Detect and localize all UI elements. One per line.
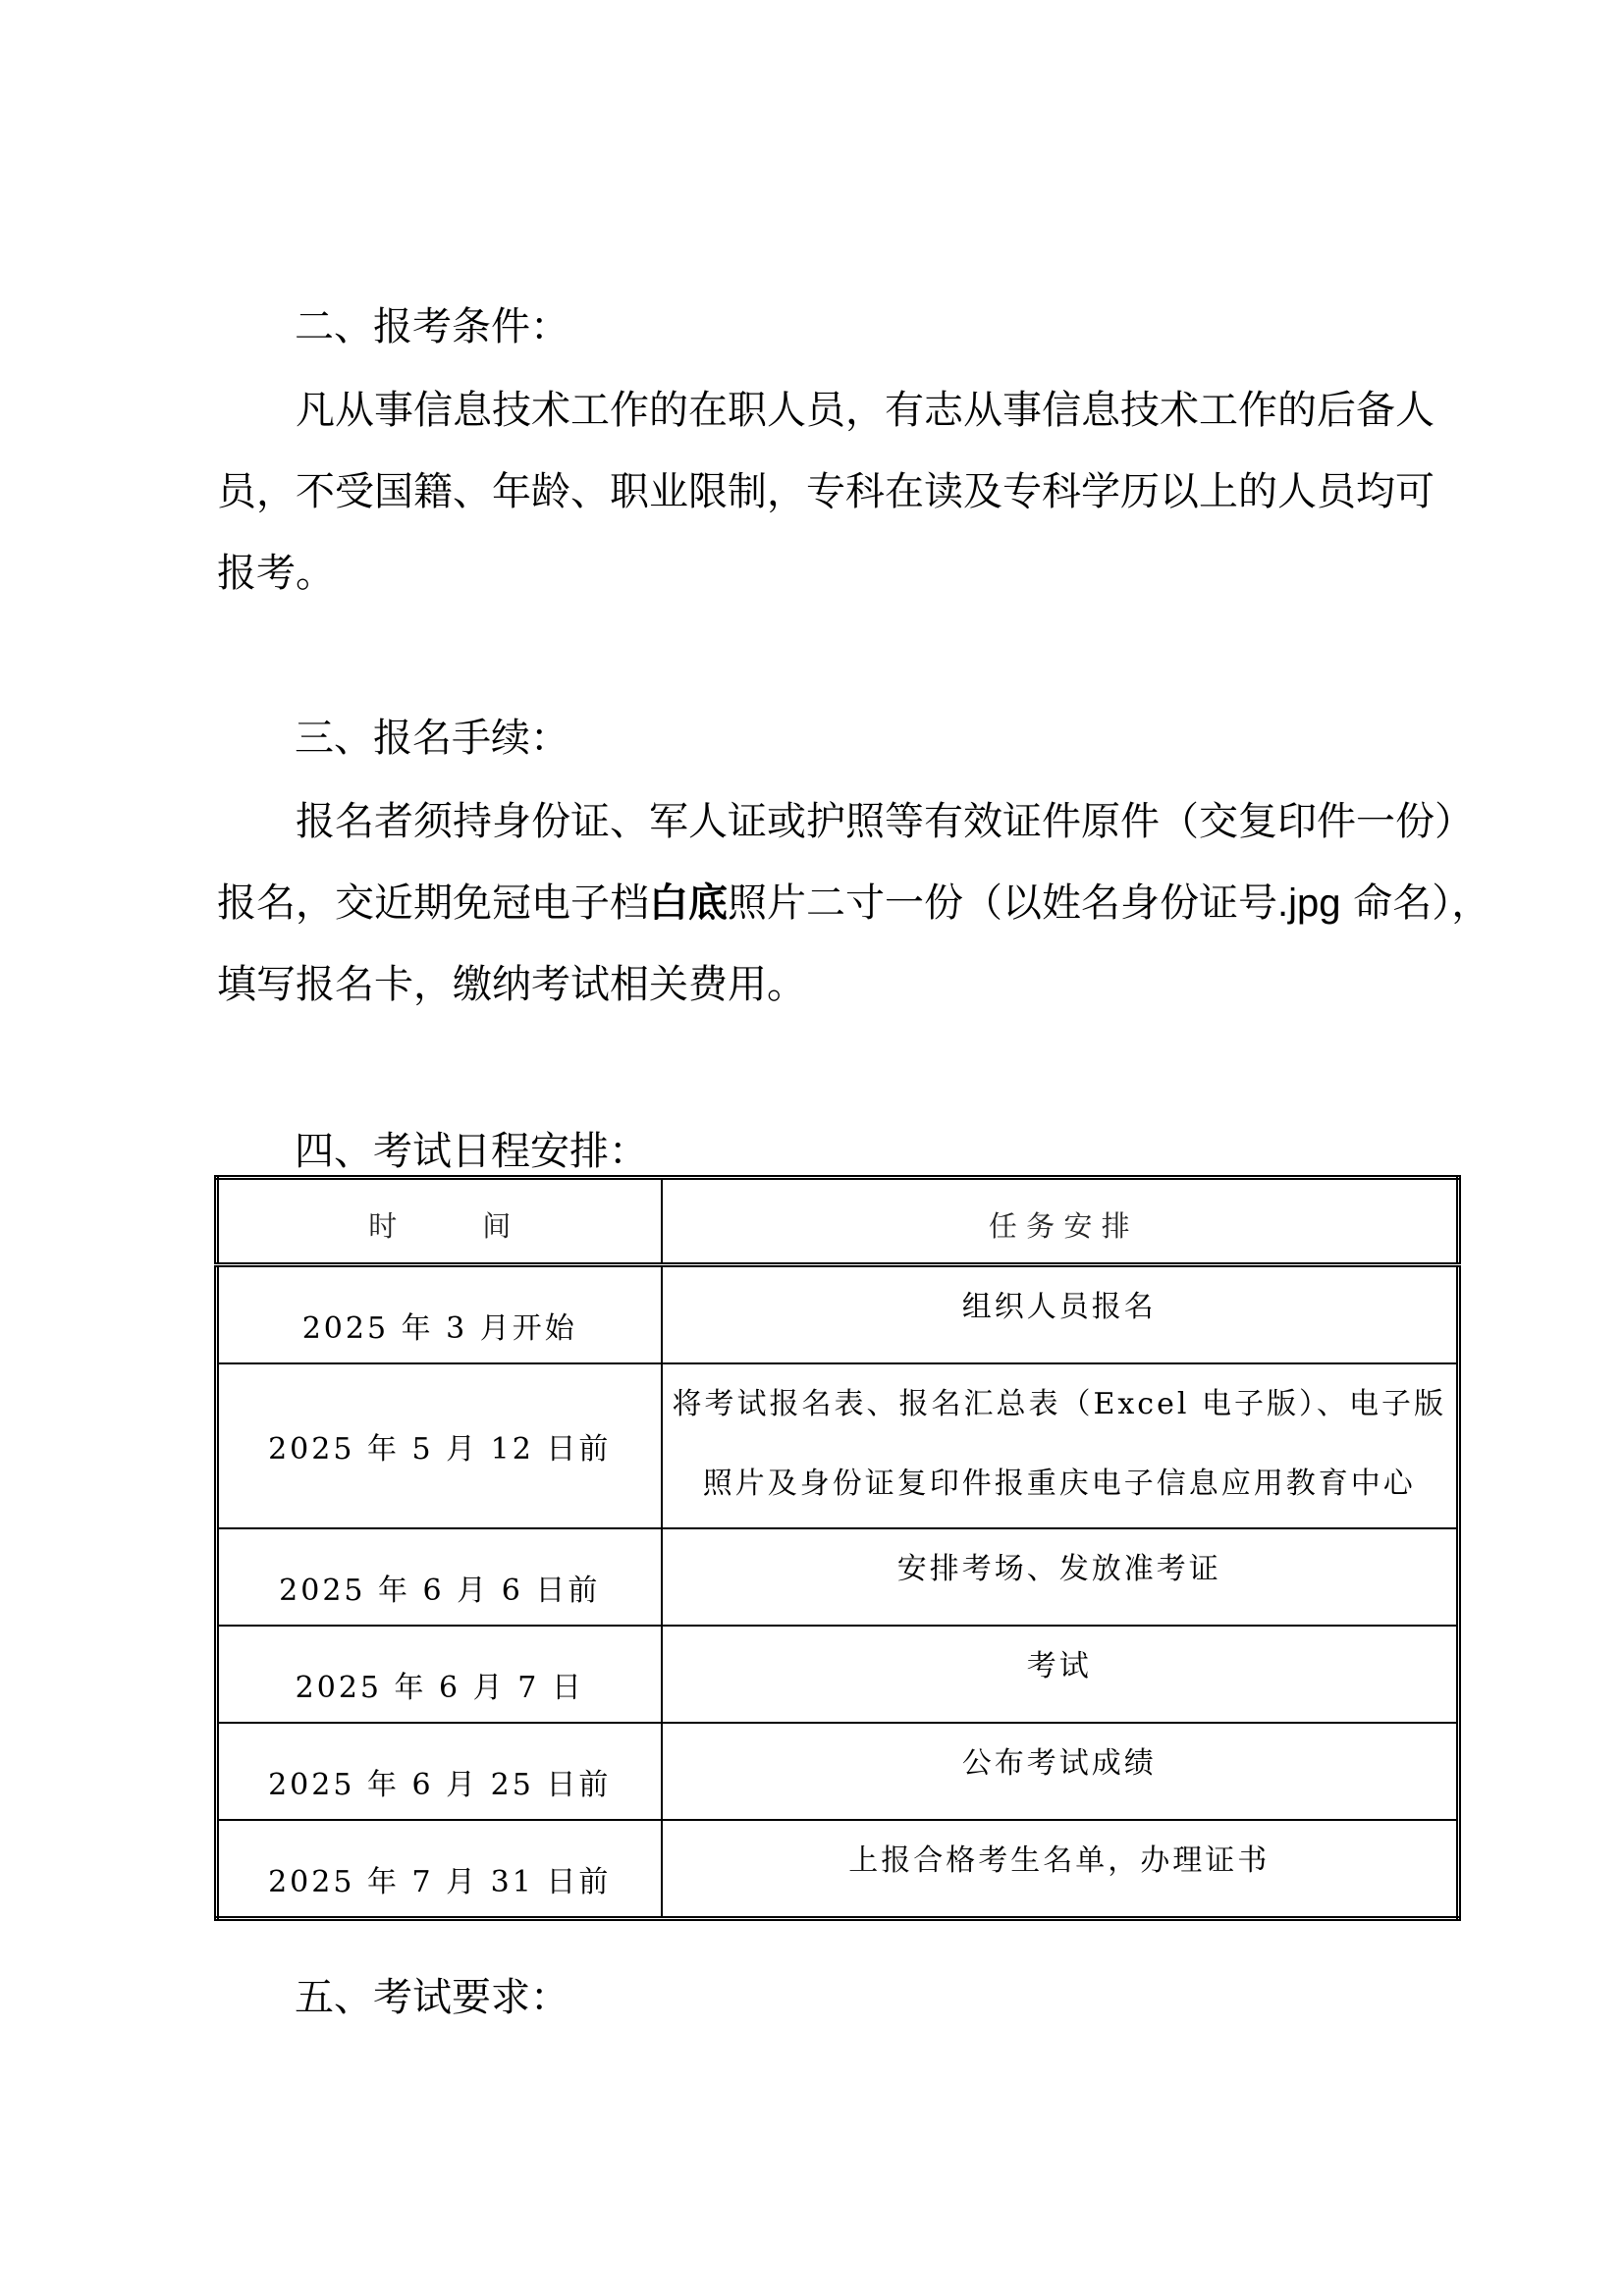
- column-header-time: 时 间: [217, 1178, 662, 1265]
- text-run: 命名），: [1341, 881, 1491, 926]
- paragraph-line: 凡从事信息技术工作的在职人员，有志从事信息技术工作的后备人: [217, 370, 1413, 452]
- task-cell: 公布考试成绩: [662, 1723, 1459, 1820]
- bold-text-white-background: 白底: [649, 881, 728, 926]
- text-run: 照片二寸一份（以姓名身份证号: [728, 881, 1277, 926]
- task-text: 照片及身份证复印件报重庆电子信息应用教育中心: [669, 1444, 1451, 1523]
- task-cell: 考试: [662, 1626, 1459, 1723]
- table-header-row: 时 间 任 务 安 排: [217, 1178, 1459, 1265]
- time-cell: 2025 年 6 月 7 日: [217, 1626, 662, 1723]
- table-row: 2025 年 6 月 25 日前 公布考试成绩: [217, 1723, 1459, 1820]
- column-header-task: 任 务 安 排: [662, 1178, 1459, 1265]
- paragraph-line: 报名者须持身份证、军人证或护照等有效证件原件（交复印件一份）: [217, 781, 1413, 863]
- paragraph-line: 员，不受国籍、年龄、职业限制，专科在读及专科学历以上的人员均可: [217, 452, 1413, 533]
- task-cell: 将考试报名表、报名汇总表（Excel 电子版）、电子版 照片及身份证复印件报重庆…: [662, 1363, 1459, 1528]
- section-body-eligibility: 凡从事信息技术工作的在职人员，有志从事信息技术工作的后备人 员，不受国籍、年龄、…: [217, 370, 1413, 614]
- task-text: 组织人员报名: [669, 1267, 1451, 1347]
- table-row: 2025 年 5 月 12 日前 将考试报名表、报名汇总表（Excel 电子版）…: [217, 1363, 1459, 1528]
- paragraph-line: 报考。: [217, 533, 1413, 614]
- file-extension-text: .jpg: [1277, 881, 1341, 925]
- section-heading-eligibility: 二、报考条件：: [295, 302, 569, 351]
- table-row: 2025 年 3 月开始 组织人员报名: [217, 1265, 1459, 1364]
- task-text: 安排考场、发放准考证: [669, 1529, 1451, 1609]
- task-text: 考试: [669, 1627, 1451, 1706]
- section-heading-schedule: 四、考试日程安排：: [295, 1127, 648, 1176]
- task-cell: 上报合格考生名单，办理证书: [662, 1820, 1459, 1919]
- time-cell: 2025 年 6 月 6 日前: [217, 1528, 662, 1626]
- schedule-table: 时 间 任 务 安 排 2025 年 3 月开始 组织人员报名 2025 年 5…: [214, 1175, 1461, 1921]
- task-text: 上报合格考生名单，办理证书: [669, 1821, 1451, 1900]
- time-cell: 2025 年 6 月 25 日前: [217, 1723, 662, 1820]
- task-cell: 安排考场、发放准考证: [662, 1528, 1459, 1626]
- table-row: 2025 年 7 月 31 日前 上报合格考生名单，办理证书: [217, 1820, 1459, 1919]
- time-cell: 2025 年 3 月开始: [217, 1265, 662, 1364]
- paragraph-line: 填写报名卡，缴纳考试相关费用。: [217, 944, 1413, 1026]
- time-cell: 2025 年 5 月 12 日前: [217, 1363, 662, 1528]
- time-cell: 2025 年 7 月 31 日前: [217, 1820, 662, 1919]
- table-row: 2025 年 6 月 7 日 考试: [217, 1626, 1459, 1723]
- document-page: 二、报考条件： 凡从事信息技术工作的在职人员，有志从事信息技术工作的后备人 员，…: [0, 0, 1624, 2296]
- task-text: 公布考试成绩: [669, 1724, 1451, 1803]
- paragraph-line: 报名，交近期免冠电子档白底照片二寸一份（以姓名身份证号.jpg 命名），: [217, 863, 1413, 944]
- section-heading-registration: 三、报名手续：: [295, 714, 569, 763]
- section-body-registration: 报名者须持身份证、军人证或护照等有效证件原件（交复印件一份） 报名，交近期免冠电…: [217, 781, 1413, 1026]
- task-text: 将考试报名表、报名汇总表（Excel 电子版）、电子版: [669, 1364, 1451, 1444]
- task-cell: 组织人员报名: [662, 1265, 1459, 1364]
- text-run: 报名，交近期免冠电子档: [217, 881, 649, 926]
- section-heading-exam-requirements: 五、考试要求：: [295, 1973, 569, 2022]
- table-row: 2025 年 6 月 6 日前 安排考场、发放准考证: [217, 1528, 1459, 1626]
